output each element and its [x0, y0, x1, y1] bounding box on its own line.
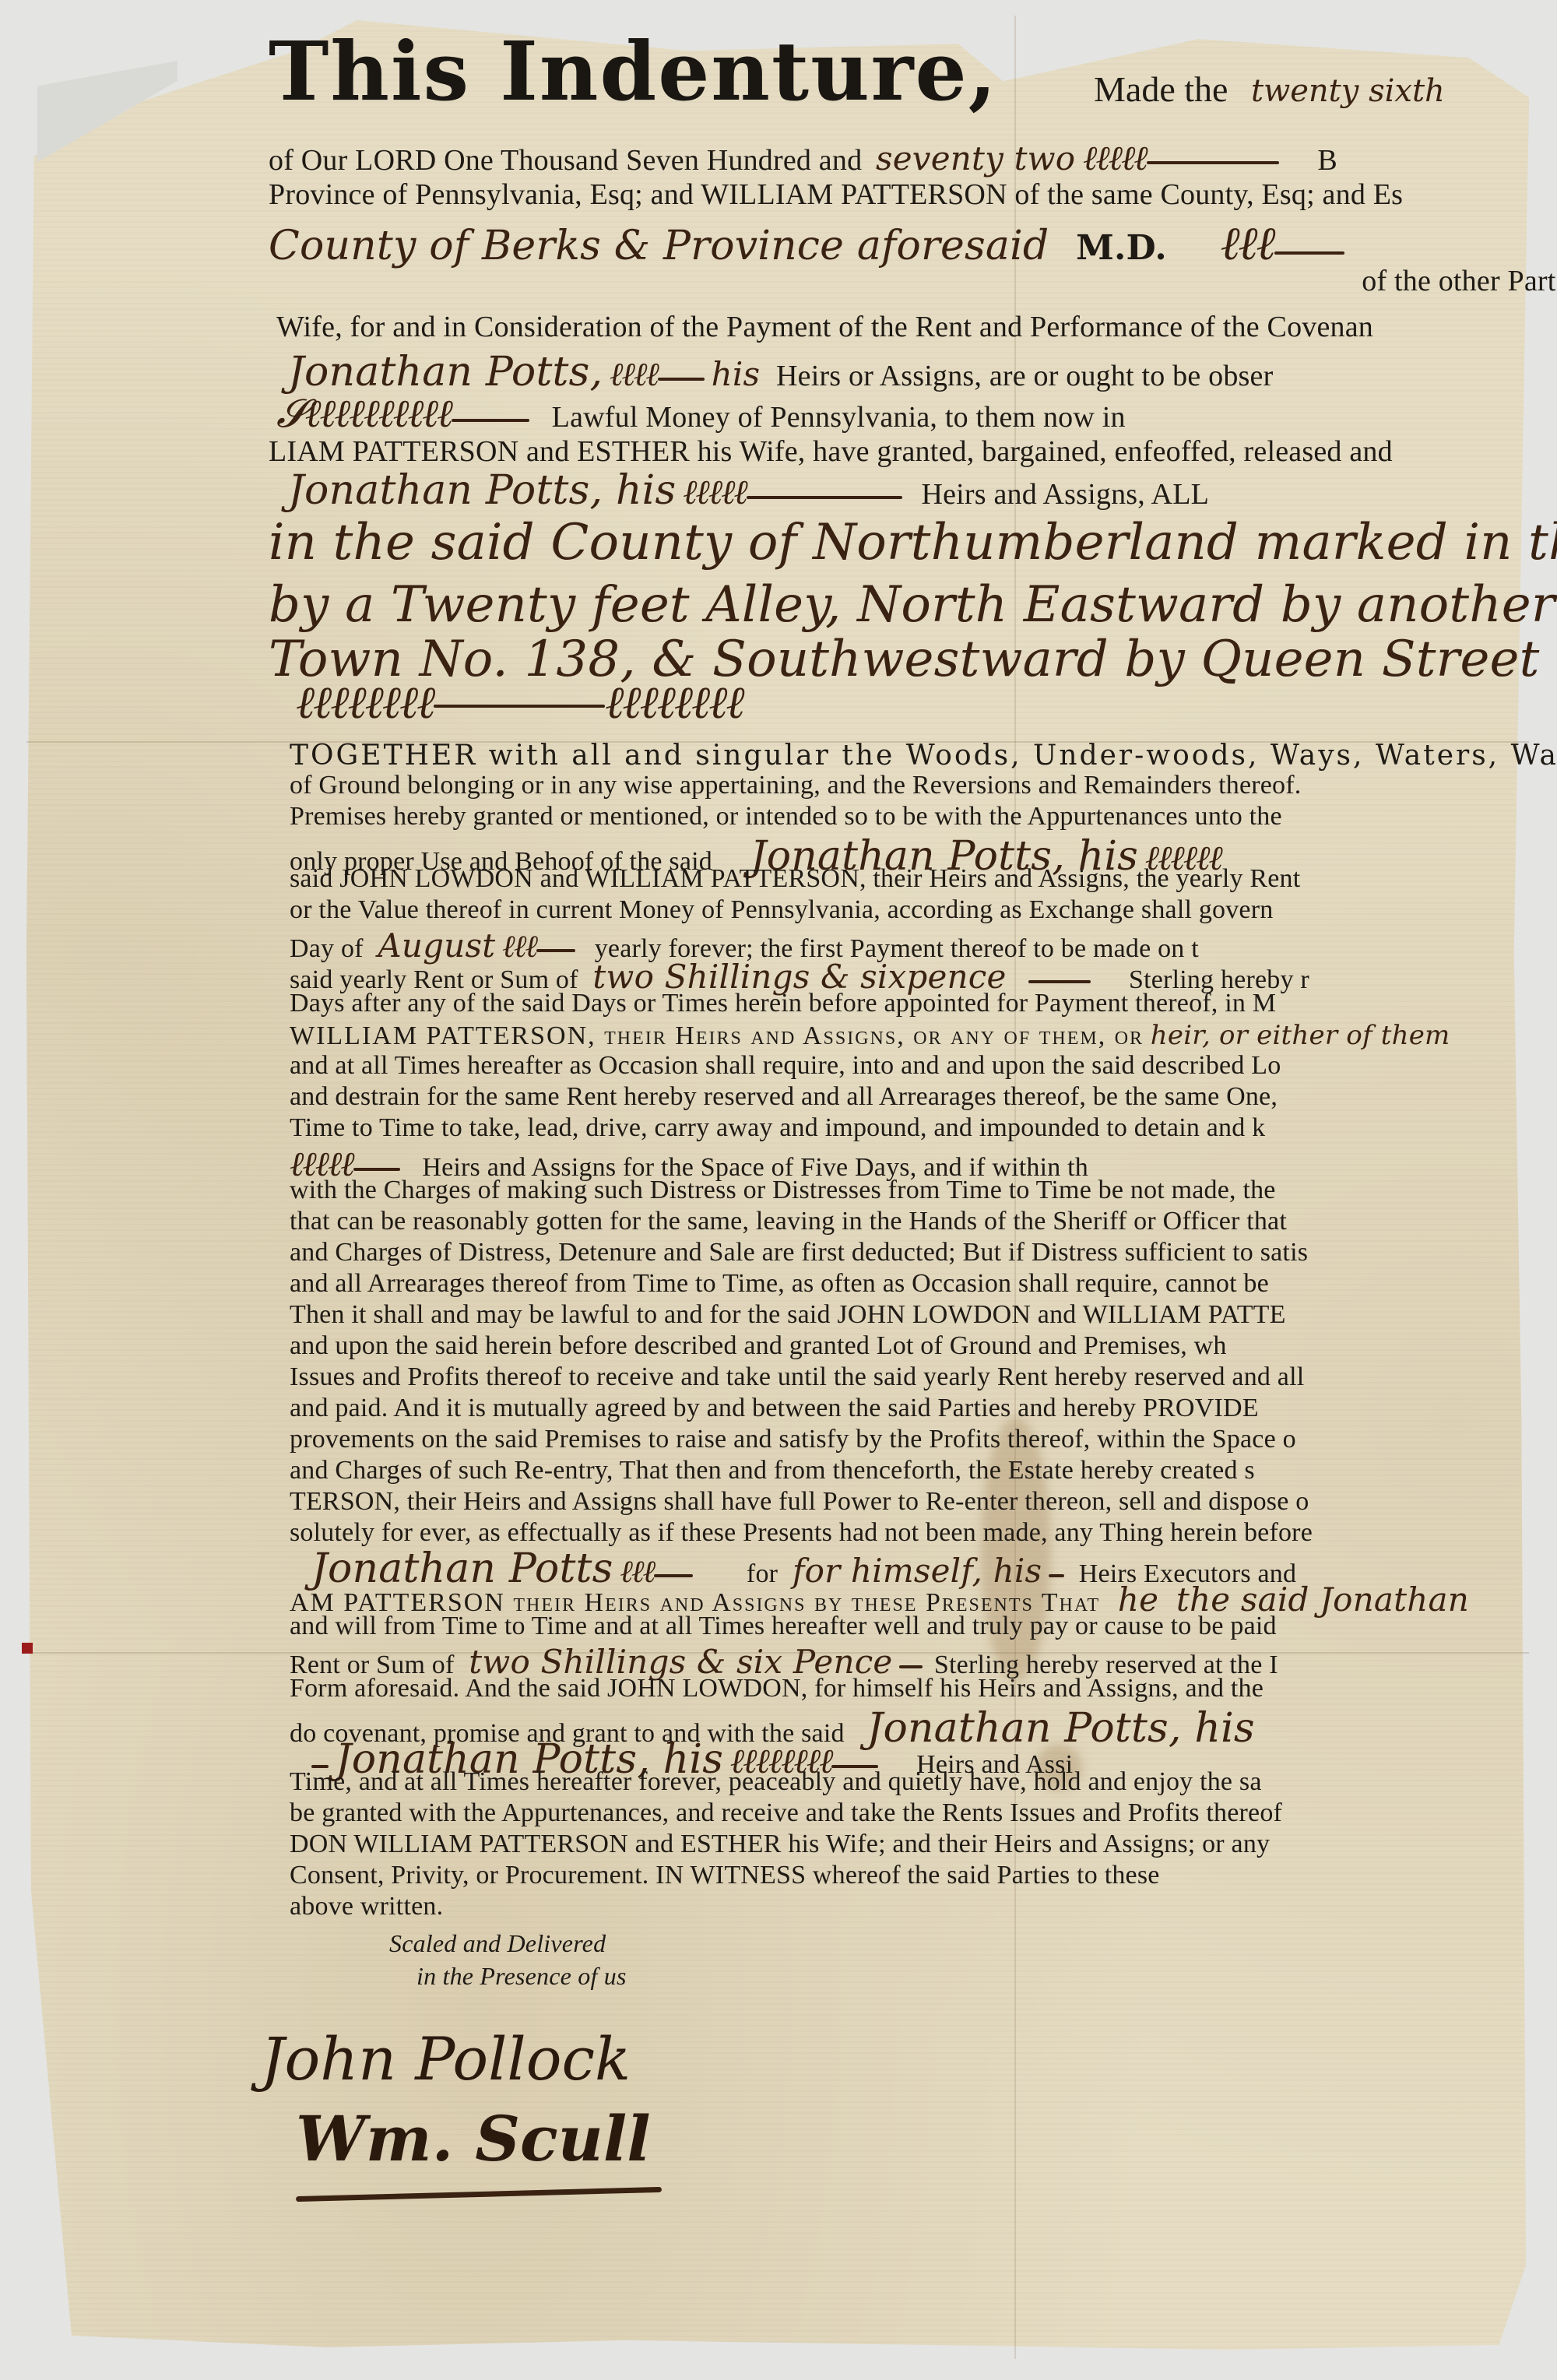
body-line: and all Arrearages thereof from Time to … — [290, 1269, 1269, 1299]
made-the-text: Made the twenty sixth — [1094, 69, 1445, 110]
grantee-all-line: Jonathan Potts, his ℓℓℓℓℓ Heirs and Assi… — [288, 467, 1209, 514]
body-line: Days after any of the said Days or Times… — [290, 989, 1276, 1018]
body-line: of Ground belonging or in any wise apper… — [290, 771, 1301, 800]
lawful-money-line: 𝓢ℓℓℓℓℓℓℓℓℓℓ Lawful Money of Pennsylvania… — [276, 391, 1126, 437]
body-line: and Charges of such Re-entry, That then … — [290, 1456, 1255, 1485]
ms-flourish-line: ℓℓℓℓℓℓℓℓℓℓℓℓℓℓℓℓ — [296, 676, 743, 729]
body-line: DON WILLIAM PATTERSON and ESTHER his Wif… — [290, 1830, 1270, 1859]
body-line: and paid. And it is mutually agreed by a… — [290, 1394, 1259, 1423]
attestation-line-1: Scaled and Delivered — [389, 1929, 606, 1958]
body-line: Form aforesaid. And the said JOHN LOWDON… — [290, 1674, 1264, 1703]
body-line: Time to Time to take, lead, drive, carry… — [290, 1113, 1265, 1143]
witness-signature-1: John Pollock — [261, 2024, 631, 2093]
ms-lot-description-1: in the said County of Northumberland mar… — [269, 514, 1557, 571]
county-line: County of Berks & Province aforesaid M.D… — [269, 216, 1557, 271]
body-line: above written. — [290, 1892, 443, 1921]
granted-line: LIAM PATTERSON and ESTHER his Wife, have… — [269, 434, 1393, 469]
body-line: Then it shall and may be lawful to and f… — [290, 1300, 1286, 1330]
consideration-line: Wife, for and in Consideration of the Pa… — [276, 310, 1373, 344]
body-line: or the Value thereof in current Money of… — [290, 895, 1273, 925]
grantee-heirs-line: Jonathan Potts, ℓℓℓℓ his Heirs or Assign… — [288, 349, 1273, 395]
witness-signature-2: Wm. Scull — [296, 2102, 651, 2175]
body-line: and will from Time to Time and at all Ti… — [290, 1612, 1277, 1641]
parties-line: Province of Pennsylvania, Esq; and WILLI… — [269, 178, 1403, 212]
body-line: and destrain for the same Rent hereby re… — [290, 1082, 1278, 1112]
body-line: and at all Times hereafter as Occasion s… — [290, 1051, 1281, 1081]
body-line: Premises hereby granted or mentioned, or… — [290, 802, 1282, 831]
body-line: provements on the said Premises to raise… — [290, 1425, 1296, 1454]
body-line: WILLIAM PATTERSON, their Heirs and Assig… — [290, 1020, 1450, 1051]
body-line: solutely for ever, as effectually as if … — [290, 1518, 1313, 1548]
document-title: This Indenture, — [269, 23, 998, 119]
wax-seal-remnant — [22, 1643, 33, 1654]
ms-lot-description-2: by a Twenty feet Alley, North Eastward b… — [269, 576, 1557, 634]
body-line: TERSON, their Heirs and Assigns shall ha… — [290, 1487, 1309, 1517]
year-line: of Our LORD One Thousand Seven Hundred a… — [269, 139, 1337, 178]
body-line: Time, and at all Times hereafter forever… — [290, 1767, 1262, 1797]
body-line: and Charges of Distress, Detenure and Sa… — [290, 1238, 1308, 1267]
ms-day: twenty sixth — [1251, 73, 1445, 109]
body-line: Issues and Profits thereof to receive an… — [290, 1362, 1304, 1392]
body-line: that can be reasonably gotten for the sa… — [290, 1207, 1287, 1236]
body-line: said JOHN LOWDON and WILLIAM PATTERSON, … — [290, 864, 1300, 894]
body-line: with the Charges of making such Distress… — [290, 1176, 1276, 1205]
body-line: be granted with the Appurtenances, and r… — [290, 1798, 1282, 1828]
body-line: Consent, Privity, or Procurement. IN WIT… — [290, 1861, 1160, 1890]
body-line: and upon the said herein before describe… — [290, 1331, 1227, 1361]
body-line: TOGETHER with all and singular the Woods… — [290, 740, 1557, 772]
attestation-line-2: in the Presence of us — [416, 1962, 627, 1991]
